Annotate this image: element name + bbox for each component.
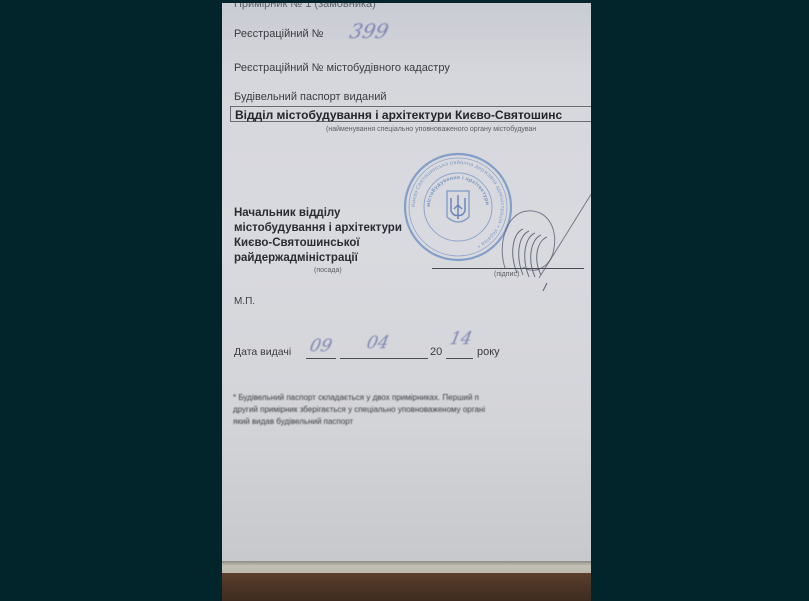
date-label: Дата видачі — [234, 346, 291, 358]
position-caption: (посада) — [314, 267, 342, 274]
date-year: 14 — [448, 329, 474, 349]
position-line-3: Києво-Святошинської — [234, 237, 360, 250]
date-suffix: року — [477, 346, 500, 358]
cadastre-number-label: Реєстраційний № містобудівного кадастру — [234, 62, 450, 74]
tryzub-icon — [447, 191, 469, 222]
mp-label: М.П. — [234, 296, 255, 307]
signature-line — [432, 268, 584, 269]
document-page: Примірник № 1 (замовника) Реєстраційний … — [222, 3, 591, 563]
signature-caption: (підпис) — [494, 271, 519, 278]
paper-edge — [222, 561, 591, 573]
reg-number-label: Реєстраційний № — [234, 28, 323, 40]
day-line — [306, 358, 336, 359]
issuer-caption: (найменування спеціально уповноваженого … — [326, 126, 536, 133]
footnote-line-3: який видав будівельний паспорт — [233, 416, 591, 428]
date-day: 09 — [308, 336, 334, 356]
footnote-line-2: другий примірник зберігається у спеціаль… — [233, 404, 591, 416]
position-line-1: Начальник відділу — [234, 207, 340, 220]
date-month: 04 — [365, 333, 391, 353]
document-photo: Примірник № 1 (замовника) Реєстраційний … — [222, 3, 591, 601]
issuer-name: Відділ містобудування і архітектури Києв… — [230, 106, 591, 122]
date-century: 20 — [430, 346, 442, 358]
table-surface — [222, 573, 591, 601]
month-line — [340, 358, 428, 359]
copy-number-header: Примірник № 1 (замовника) — [234, 3, 376, 10]
year-line — [446, 358, 473, 359]
issued-by-label: Будівельний паспорт виданий — [234, 91, 387, 103]
position-line-4: райдержадміністрації — [234, 252, 358, 265]
footnote-line-1: * Будівельний паспорт складається у двох… — [233, 392, 591, 404]
position-line-2: містобудування і архітектури — [234, 222, 402, 235]
reg-number-value: 399 — [347, 19, 390, 43]
footnote: * Будівельний паспорт складається у двох… — [233, 392, 591, 428]
